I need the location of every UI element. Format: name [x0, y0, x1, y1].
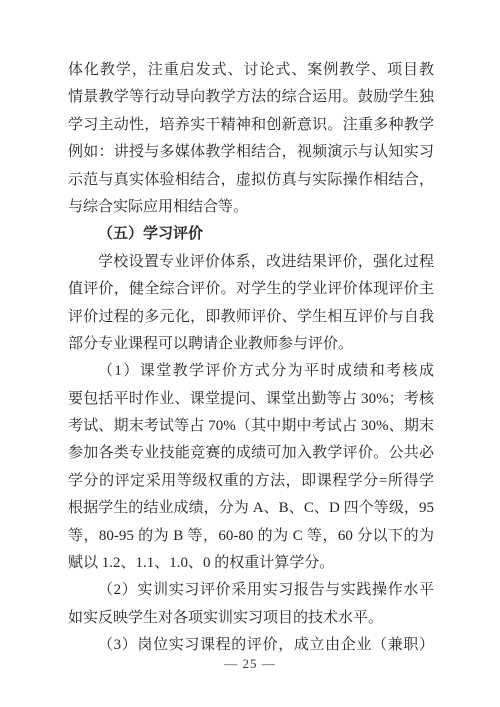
text-line: （2）实训实习评价采用实习报告与实践操作水平相结合等形式，	[68, 577, 434, 604]
text-line: 如实反映学生对各项实训实习项目的技术水平。	[68, 605, 434, 632]
page-number: — 25 —	[0, 656, 500, 672]
text-line: 参加各类专业技能竞赛的成绩可加入教学评价。公共必修课和专业课	[68, 440, 434, 467]
text-line: 体化教学，注重启发式、讨论式、案例教学、项目教学、任务驱动、	[68, 57, 434, 84]
text-line: 要包括平时作业、课堂提问、课堂出勤等占 30%；考核成绩包括期中	[68, 386, 434, 413]
text-line: 例如：讲授与多媒体教学相结合，视频演示与认知实习相结合，教师	[68, 139, 434, 166]
text-line: 学习主动性，培养实干精神和创新意识。注重多种教学手段相结合，	[68, 112, 434, 139]
text-line: 情景教学等行动导向教学方法的综合运用。鼓励学生独立思考，激发	[68, 84, 434, 111]
text-line: 学校设置专业评价体系，改进结果评价，强化过程评价，探索增	[68, 249, 434, 276]
text-line: 部分专业课程可以聘请企业教师参与评价。	[68, 331, 434, 358]
text-line: 评价过程的多元化，即教师评价、学生相互评价与自我评价相结合，	[68, 304, 434, 331]
text-line: 等，80-95 的为 B 等，60-80 的为 C 等，60 分以下的为 D 等…	[68, 523, 434, 550]
text-line: （1）课堂教学评价方式分为平时成绩和考核成绩，平时成绩主	[68, 358, 434, 385]
text-line: 示范与真实体验相结合，虚拟仿真与实际操作相结合，专项技术教学	[68, 167, 434, 194]
section-heading: （五）学习评价	[68, 221, 434, 248]
text-line: 根据学生的结业成绩，分为 A、B、C、D 四个等级，95 分以上的为 A	[68, 495, 434, 522]
document-body: 体化教学，注重启发式、讨论式、案例教学、项目教学、任务驱动、 情景教学等行动导向…	[68, 57, 434, 660]
text-line: 学分的评定采用等级权重的方法，即课程学分=所得学分数*等级权重。	[68, 468, 434, 495]
text-line: 赋以 1.2、1.1、1.0、0 的权重计算学分。	[68, 550, 434, 577]
text-line: 值评价，健全综合评价。对学生的学业评价体现评价主体、评价方式、	[68, 276, 434, 303]
text-line: 与综合实际应用相结合等。	[68, 194, 434, 221]
document-page: 体化教学，注重启发式、讨论式、案例教学、项目教学、任务驱动、 情景教学等行动导向…	[0, 0, 500, 707]
text-line: 考试、期末考试等占 70%（其中期中考试占 30%、期末考试占 40%）；	[68, 413, 434, 440]
